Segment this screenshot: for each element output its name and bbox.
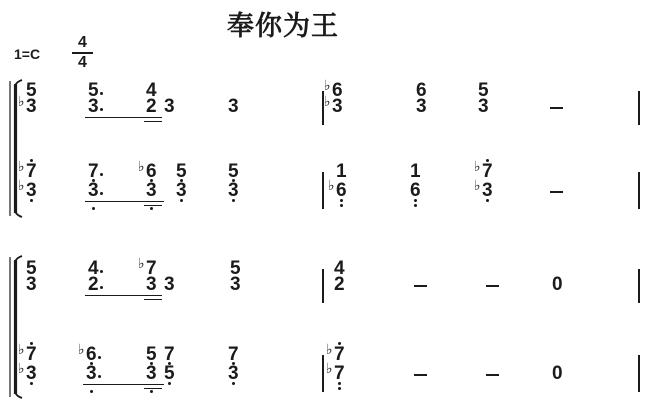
flat-icon: ♭ [326, 362, 333, 374]
note-digit: 1 [336, 163, 347, 180]
flat-icon: ♭ [18, 160, 25, 172]
underline-beam [144, 121, 162, 123]
note-digit: 3 [176, 182, 187, 199]
octave-dot [414, 199, 417, 202]
note-digit: 6 [336, 182, 347, 199]
note-digit: 3 [228, 365, 239, 382]
octave-dot [92, 207, 95, 210]
note-digit: 3 [146, 276, 157, 293]
octave-dot [30, 342, 33, 345]
note-digit: 7 [88, 163, 99, 180]
octave-dot [414, 204, 417, 207]
note-digit: 3 [26, 365, 37, 382]
note-digit: 6 [86, 346, 97, 363]
augmentation-dot [100, 173, 103, 176]
underline-beam [144, 299, 162, 301]
dash-note [486, 374, 499, 376]
octave-dot [30, 159, 33, 162]
note-digit: 2 [146, 98, 157, 115]
note-digit: 3 [26, 98, 37, 115]
dash-note [486, 285, 499, 287]
augmentation-dot [98, 375, 101, 378]
note-digit: 3 [230, 276, 241, 293]
page-title: 奉你为王 [227, 4, 339, 43]
octave-dot [232, 199, 235, 202]
octave-dot [30, 382, 33, 385]
note-digit: 5 [146, 346, 157, 363]
underline-beam [85, 201, 164, 203]
octave-dot [90, 390, 93, 393]
note-digit: 3 [146, 365, 157, 382]
note-digit: 3 [146, 182, 157, 199]
flat-icon: ♭ [78, 343, 85, 355]
augmentation-dot [100, 286, 103, 289]
flat-icon: ♭ [18, 179, 25, 191]
augmentation-dot [100, 192, 103, 195]
underline-beam [83, 384, 164, 386]
time-signature: 4 4 [72, 35, 93, 71]
barline [322, 355, 324, 392]
time-signature-numerator: 4 [72, 35, 93, 51]
underline-beam [144, 205, 162, 207]
note-digit: 3 [332, 98, 343, 115]
note-digit: 7 [26, 346, 37, 363]
flat-icon: ♭ [324, 95, 331, 107]
note-digit: 3 [482, 182, 493, 199]
octave-dot [486, 199, 489, 202]
octave-dot [30, 199, 33, 202]
octave-dot [232, 382, 235, 385]
octave-dot [168, 382, 171, 385]
underline-beam [85, 117, 162, 119]
note-digit: 3 [164, 98, 175, 115]
octave-dot [338, 382, 341, 385]
barline [638, 269, 640, 303]
augmentation-dot [98, 356, 101, 359]
octave-dot [338, 387, 341, 390]
note-digit: 6 [146, 163, 157, 180]
note-digit: 6 [410, 182, 421, 199]
time-signature-denominator: 4 [72, 55, 93, 71]
note-digit: 3 [164, 276, 175, 293]
flat-icon: ♭ [18, 95, 25, 107]
dash-note [550, 191, 563, 193]
flat-icon: ♭ [324, 79, 331, 91]
note-digit: 3 [88, 182, 99, 199]
note-digit: 5 [228, 163, 239, 180]
note-digit: 3 [228, 98, 239, 115]
note-digit: 1 [410, 163, 421, 180]
dash-note [550, 107, 563, 109]
note-digit: 7 [228, 346, 239, 363]
flat-icon: ♭ [326, 343, 333, 355]
note-digit: 3 [88, 98, 99, 115]
octave-dot [150, 207, 153, 210]
flat-icon: ♭ [474, 179, 481, 191]
barline [638, 355, 640, 392]
rest-note: 0 [552, 365, 563, 382]
underline-beam [144, 388, 162, 390]
octave-dot [180, 199, 183, 202]
augmentation-dot [100, 108, 103, 111]
octave-dot [338, 342, 341, 345]
note-digit: 3 [86, 365, 97, 382]
flat-icon: ♭ [138, 257, 145, 269]
note-digit: 7 [334, 365, 345, 382]
flat-icon: ♭ [18, 343, 25, 355]
flat-icon: ♭ [328, 179, 335, 191]
octave-dot [150, 390, 153, 393]
barline [638, 172, 640, 209]
note-digit: 2 [88, 276, 99, 293]
note-digit: 3 [478, 98, 489, 115]
octave-dot [340, 199, 343, 202]
note-digit: 5 [164, 365, 175, 382]
note-digit: 7 [334, 346, 345, 363]
note-digit: 2 [334, 276, 345, 293]
note-digit: 3 [26, 276, 37, 293]
note-digit: 7 [482, 163, 493, 180]
barline [322, 269, 324, 303]
note-digit: 3 [26, 182, 37, 199]
rest-note: 0 [552, 276, 563, 293]
barline [638, 91, 640, 125]
barline [322, 172, 324, 209]
key-signature: 1=C [14, 46, 40, 62]
dash-note [414, 285, 427, 287]
sheet-music-page: { "title": "奉你为王", "key_label": "1=C", "… [0, 0, 646, 400]
note-digit: 7 [164, 346, 175, 363]
note-digit: 7 [26, 163, 37, 180]
augmentation-dot [100, 92, 103, 95]
grand-staff-bracket-icon [7, 256, 23, 398]
flat-icon: ♭ [18, 362, 25, 374]
flat-icon: ♭ [474, 160, 481, 172]
dash-note [414, 374, 427, 376]
note-digit: 5 [176, 163, 187, 180]
octave-dot [486, 159, 489, 162]
flat-icon: ♭ [138, 160, 145, 172]
score-sheet: 奉你为王 1=C 4 4 53♭5342336♭3♭63537♭3♭736♭35… [0, 0, 646, 400]
underline-beam [85, 295, 162, 297]
augmentation-dot [100, 270, 103, 273]
octave-dot [340, 204, 343, 207]
note-digit: 3 [416, 98, 427, 115]
note-digit: 3 [228, 182, 239, 199]
